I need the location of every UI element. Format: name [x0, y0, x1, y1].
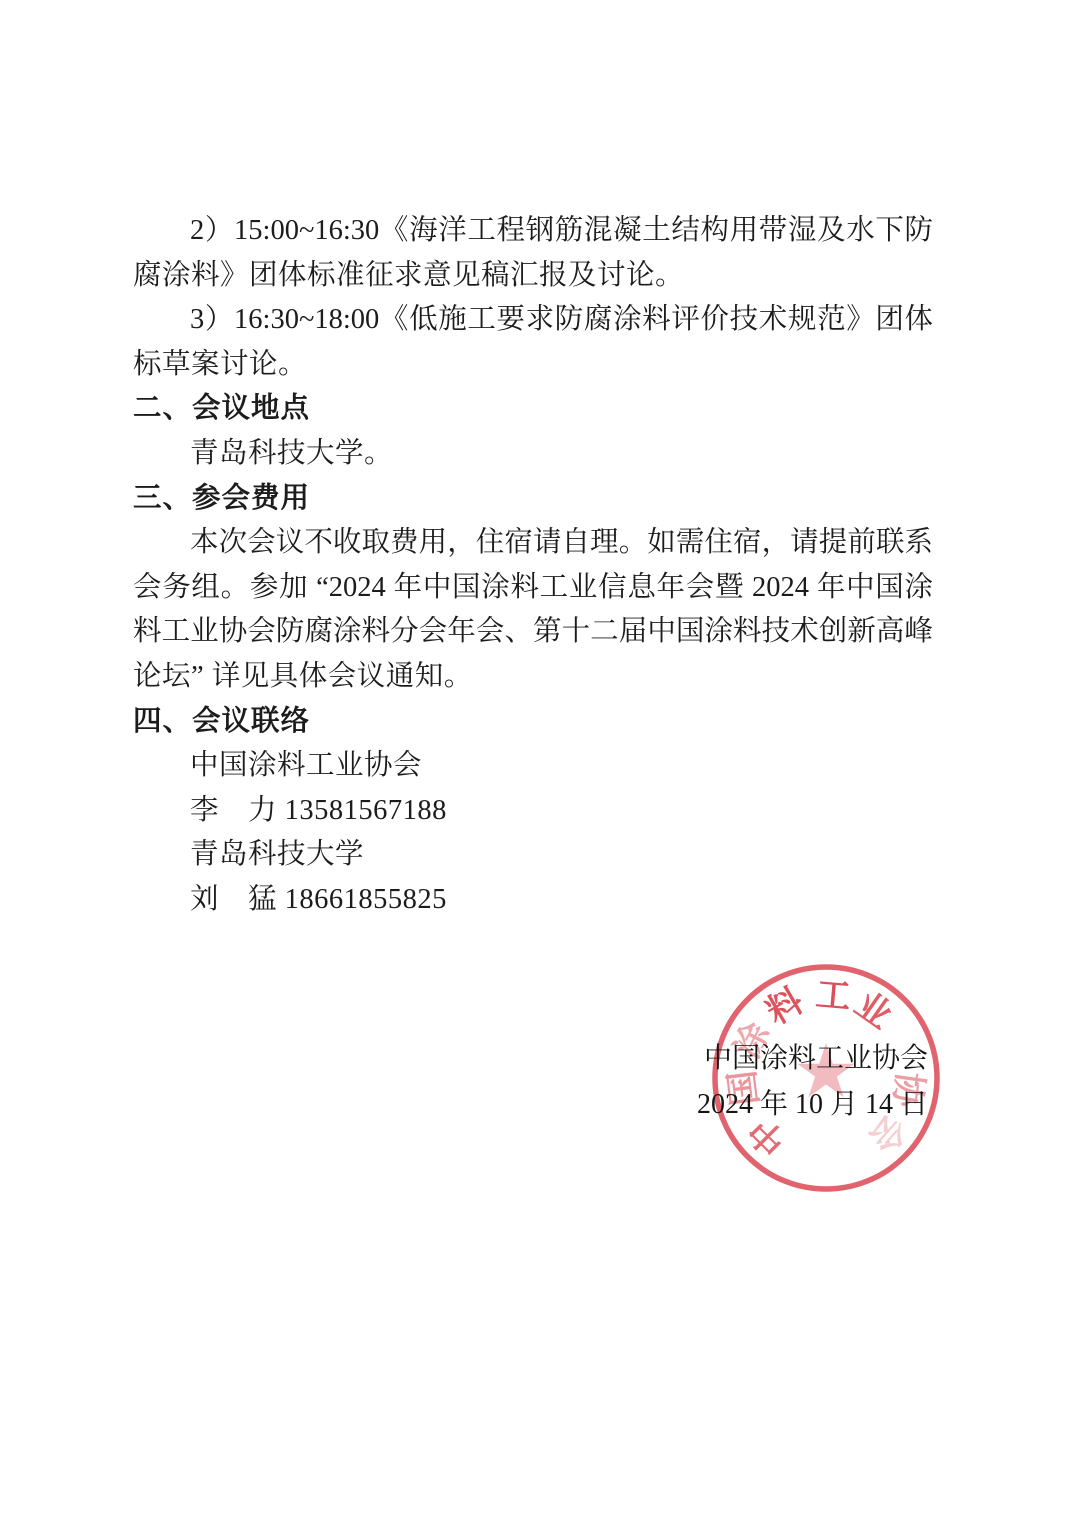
fee-line-4: 论坛” 详见具体会议通知。 — [133, 655, 933, 700]
signature-block: 中国涂料工业协会 2024 年 10 月 14 日 — [697, 1036, 928, 1128]
seal-char-3: 料 — [760, 981, 810, 1032]
seal-char-5: 业 — [848, 984, 899, 1036]
heading-contact: 四、会议联络 — [133, 700, 933, 745]
fee-line-2: 会务组。参加 “2024 年中国涂料工业信息年会暨 2024 年中国涂 — [133, 566, 933, 611]
signature-org: 中国涂料工业协会 — [697, 1036, 928, 1082]
contact-org: 中国涂料工业协会 — [133, 744, 933, 789]
seal-char-4: 工 — [814, 975, 852, 1017]
agenda-item-3-cont: 标草案讨论。 — [133, 343, 933, 388]
agenda-item-2: 2）15:00~16:30《海洋工程钢筋混凝土结构用带湿及水下防 — [133, 209, 933, 254]
heading-fee: 三、参会费用 — [133, 477, 933, 522]
document-page: 中 国 涂 料 工 业 协 会 2）15:00~16:30《海洋工程钢筋混凝土结… — [0, 0, 1080, 1527]
fee-line-1: 本次会议不收取费用，住宿请自理。如需住宿，请提前联系 — [133, 521, 933, 566]
signature-date: 2024 年 10 月 14 日 — [697, 1082, 928, 1128]
contact-person-li: 李 力 13581567188 — [133, 789, 933, 834]
agenda-item-3: 3）16:30~18:00《低施工要求防腐涂料评价技术规范》团体 — [133, 298, 933, 343]
agenda-item-2-cont: 腐涂料》团体标准征求意见稿汇报及讨论。 — [133, 254, 933, 299]
venue-text: 青岛科技大学。 — [133, 432, 933, 477]
notice-body: 2）15:00~16:30《海洋工程钢筋混凝土结构用带湿及水下防 腐涂料》团体标… — [133, 209, 933, 923]
heading-venue: 二、会议地点 — [133, 387, 933, 432]
contact-university: 青岛科技大学 — [133, 833, 933, 878]
contact-person-liu: 刘 猛 18661855825 — [133, 878, 933, 923]
fee-line-3: 料工业协会防腐涂料分会年会、第十二届中国涂料技术创新高峰 — [133, 610, 933, 655]
